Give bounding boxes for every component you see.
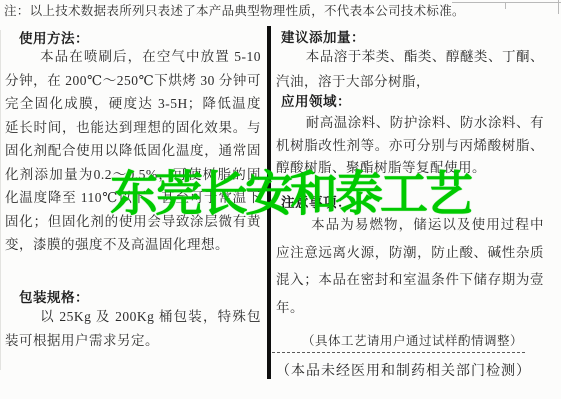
packaging-heading: 包装规格： <box>19 286 89 306</box>
technical-note: 注：以上技术数据表所列只表述了本产品典型物理性质，不代表本公司技术标准。 <box>4 1 544 19</box>
dosage-body: 本品溶于苯类、酯类、醇醚类、丁酮、汽油，溶于大部分树脂， <box>276 44 544 94</box>
precautions-body: 本品为易燃物，储运以及使用过程中应注意远离火源，防潮，防止酸、碱性杂质混入；本品… <box>276 211 544 321</box>
green-watermark: 东莞长安和泰工艺 <box>110 171 470 219</box>
scan-artifact-left-line <box>0 30 1 370</box>
dosage-heading: 建议添加量： <box>281 26 365 46</box>
scan-artifact-tick <box>505 2 506 9</box>
applications-heading: 应用领域： <box>281 90 351 110</box>
dashed-separator <box>272 352 525 353</box>
scan-artifact-top-line <box>452 2 561 3</box>
footnote-adjust: （具体工艺请用户通过试样酌情调整） <box>276 331 523 349</box>
packaging-body: 以 25Kg 及 200Kg 桶包装，特殊包装可根据用户需求另定。 <box>5 305 261 352</box>
scan-artifact-right-line <box>558 0 559 14</box>
footnote-medical: （本品未经医用和制药相关部门检测） <box>276 360 528 380</box>
usage-body: 本品在喷刷后，在空气中放置 5-10 分钟，在 200℃～250℃下烘烤 30 … <box>5 45 261 257</box>
usage-heading: 使用方法： <box>19 27 89 47</box>
document-page: 注：以上技术数据表所列只表述了本产品典型物理性质，不代表本公司技术标准。 使用方… <box>0 0 561 399</box>
